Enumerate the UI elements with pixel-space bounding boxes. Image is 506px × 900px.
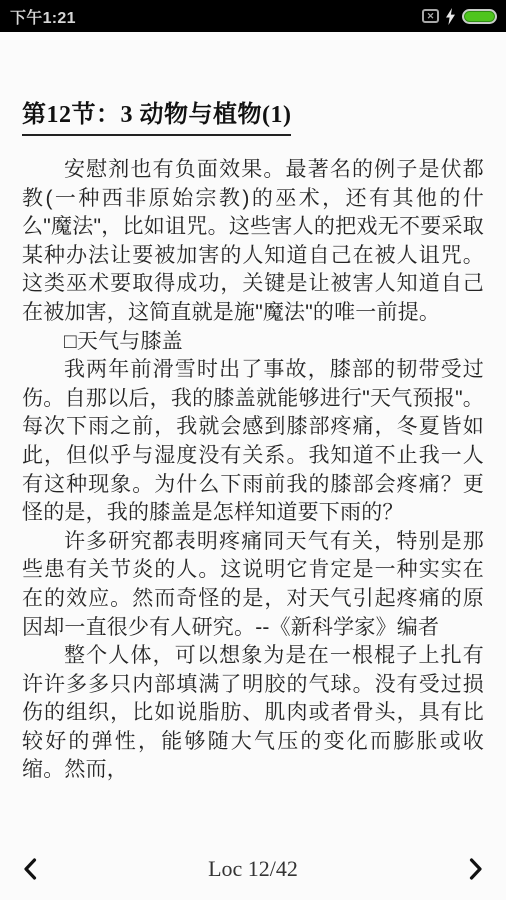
body-paragraph: □天气与膝盖	[22, 328, 484, 357]
status-bar: 下午1:21 ✕	[0, 0, 506, 32]
no-sim-icon: ✕	[422, 9, 439, 23]
battery-icon	[462, 9, 497, 24]
paragraph-list: 安慰剂也有负面效果。最著名的例子是伏都教(一种西非原始宗教)的巫术，还有其他的什…	[22, 156, 484, 785]
clock-text: 下午1:21	[10, 5, 76, 28]
pager-bar: Loc 12/42	[0, 838, 506, 900]
location-indicator: Loc 12/42	[208, 856, 298, 882]
chevron-right-icon	[469, 858, 483, 880]
chevron-left-icon	[23, 858, 37, 880]
chapter-title: 第12节：3 动物与植物(1)	[22, 94, 291, 136]
body-paragraph: 安慰剂也有负面效果。最著名的例子是伏都教(一种西非原始宗教)的巫术，还有其他的什…	[22, 156, 484, 328]
charging-icon	[445, 8, 456, 25]
prev-page-button[interactable]	[14, 853, 46, 885]
next-page-button[interactable]	[460, 853, 492, 885]
body-paragraph: 整个人体，可以想象为是在一根棍子上扎有许许多多只内部填满了明胶的气球。没有受过损…	[22, 642, 484, 785]
body-paragraph: 许多研究都表明疼痛同天气有关，特别是那些患有关节炎的人。这说明它肯定是一种实实在…	[22, 528, 484, 642]
body-paragraph: 我两年前滑雪时出了事故，膝部的韧带受过伤。自那以后，我的膝盖就能够进行"天气预报…	[22, 356, 484, 528]
reader-page: 第12节：3 动物与植物(1) 安慰剂也有负面效果。最著名的例子是伏都教(一种西…	[0, 50, 506, 785]
status-icons: ✕	[422, 8, 497, 25]
